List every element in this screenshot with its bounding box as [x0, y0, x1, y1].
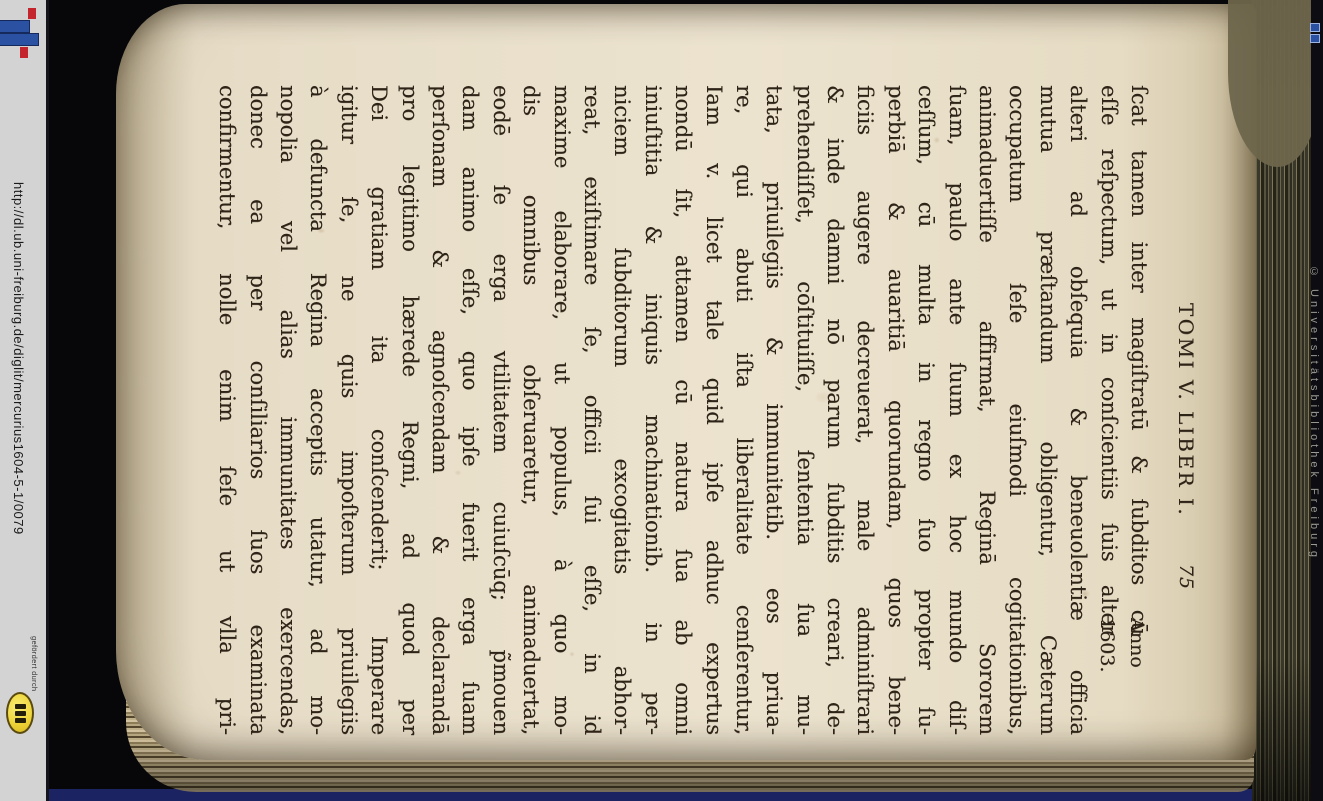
body-text: Anno 1603. ſcat tamen inter magiſtratū &… [212, 60, 1154, 760]
text-line: animaduertiſſe affirmat, Reginā Sororem [972, 85, 1002, 735]
document-url-label: http://dl.ub.uni-freiburg.de/diglit/merc… [11, 182, 26, 612]
text-line: à defuncta Regina acceptis utatur, ad mo… [303, 85, 333, 735]
text-line: nondū ſit, attamen cū natura ſua ab omni [668, 85, 698, 735]
text-line: & inde damni nō parum ſubditis creari, d… [820, 85, 850, 735]
text-line: dis omnibus obſeruaretur, animaduertat, [516, 85, 546, 735]
margin-note-line: 1603. [1091, 618, 1121, 690]
text-line: ſuam, paulo ante ſuum ex hoc mundo diſ- [941, 85, 971, 735]
text-line: iniuſtitia & iniquis machinationib. in p… [637, 85, 667, 735]
library-sidebar: http://dl.ub.uni-freiburg.de/diglit/merc… [0, 0, 49, 801]
text-line: mutua præſtandum obligentur, Cæterum [1032, 85, 1062, 735]
blue-squares-icon [1310, 23, 1320, 45]
text-line: eodē ſe erga vtilitatem cuiuſcūq; p̃moue… [485, 85, 515, 735]
header-title: TOMI V. LIBER I. [1174, 303, 1198, 517]
running-header: TOMI V. LIBER I. 75 [1168, 85, 1198, 735]
logo-blue-bar [0, 20, 30, 33]
text-line: donec ea per conſiliarios ſuos examinata [242, 85, 272, 735]
yellow-crest-icon [6, 692, 34, 734]
text-line: ceſſum, cū multa in regno ſuo propter ſu… [911, 85, 941, 735]
funding-label: gefördert durch [30, 636, 39, 746]
logo-blue-bar [0, 33, 39, 46]
text-line: pro legitimo hærede Regni, ad quod per [394, 85, 424, 735]
text-line: maxime elaborare, ut populus, à quo mo- [546, 85, 576, 735]
text-line: alteri ad obſequia & beneuolentiæ offici… [1063, 85, 1093, 735]
text-line: occupatum ſeſe eiuſmodi cogitationibus, [1002, 85, 1032, 735]
text-line: Iam v. licet tale quid ipſe adhuc expert… [698, 85, 728, 735]
text-line: niciem ſubditorum excogitatis abhor- [607, 85, 637, 735]
text-line: Dei gratiam ita conſcenderit; Imperare [364, 85, 394, 735]
text-line: perſonam & agnoſcendam & declarandā [425, 85, 455, 735]
logo-red-square [20, 47, 28, 58]
text-line: dam animo eſſe, quo ipſe fuerit erga ſua… [455, 85, 485, 735]
text-line: ficiis augere decreuerat, male adminiſtr… [850, 85, 880, 735]
blue-red-bars-logo-icon [0, 6, 46, 58]
scan-viewer: TOMI V. LIBER I. 75 Anno 1603. ſcat tame… [0, 0, 1323, 801]
text-line: confirmentur, nolle enim ſeſe ut vlla pr… [212, 85, 242, 735]
text-line: prehendiſſet, cōſtituiſſe, ſententia ſua… [789, 85, 819, 735]
margin-note: Anno 1603. [1091, 618, 1152, 690]
logo-red-square [28, 8, 36, 19]
margin-note-line: Anno [1122, 618, 1152, 690]
page-content: TOMI V. LIBER I. 75 Anno 1603. ſcat tame… [150, 60, 1210, 760]
text-line: re, qui abuti iſta liberalitate cenſeren… [729, 85, 759, 735]
text-line: tata, priuilegiis & immunitatib. eos pri… [759, 85, 789, 735]
text-line: perbiā & auaritiā quorundam, quos bene- [880, 85, 910, 735]
text-line: reat, exiſtimare ſe, officii ſui eſſe, i… [577, 85, 607, 735]
copyright-label: © Universitätsbibliothek Freiburg [1308, 266, 1320, 666]
page-number: 75 [1175, 564, 1197, 590]
text-line: igitur ſe, ne quis impoſterum priuilegii… [333, 85, 363, 735]
text-line: nopolia vel alias immunitates exercendas… [273, 85, 303, 735]
